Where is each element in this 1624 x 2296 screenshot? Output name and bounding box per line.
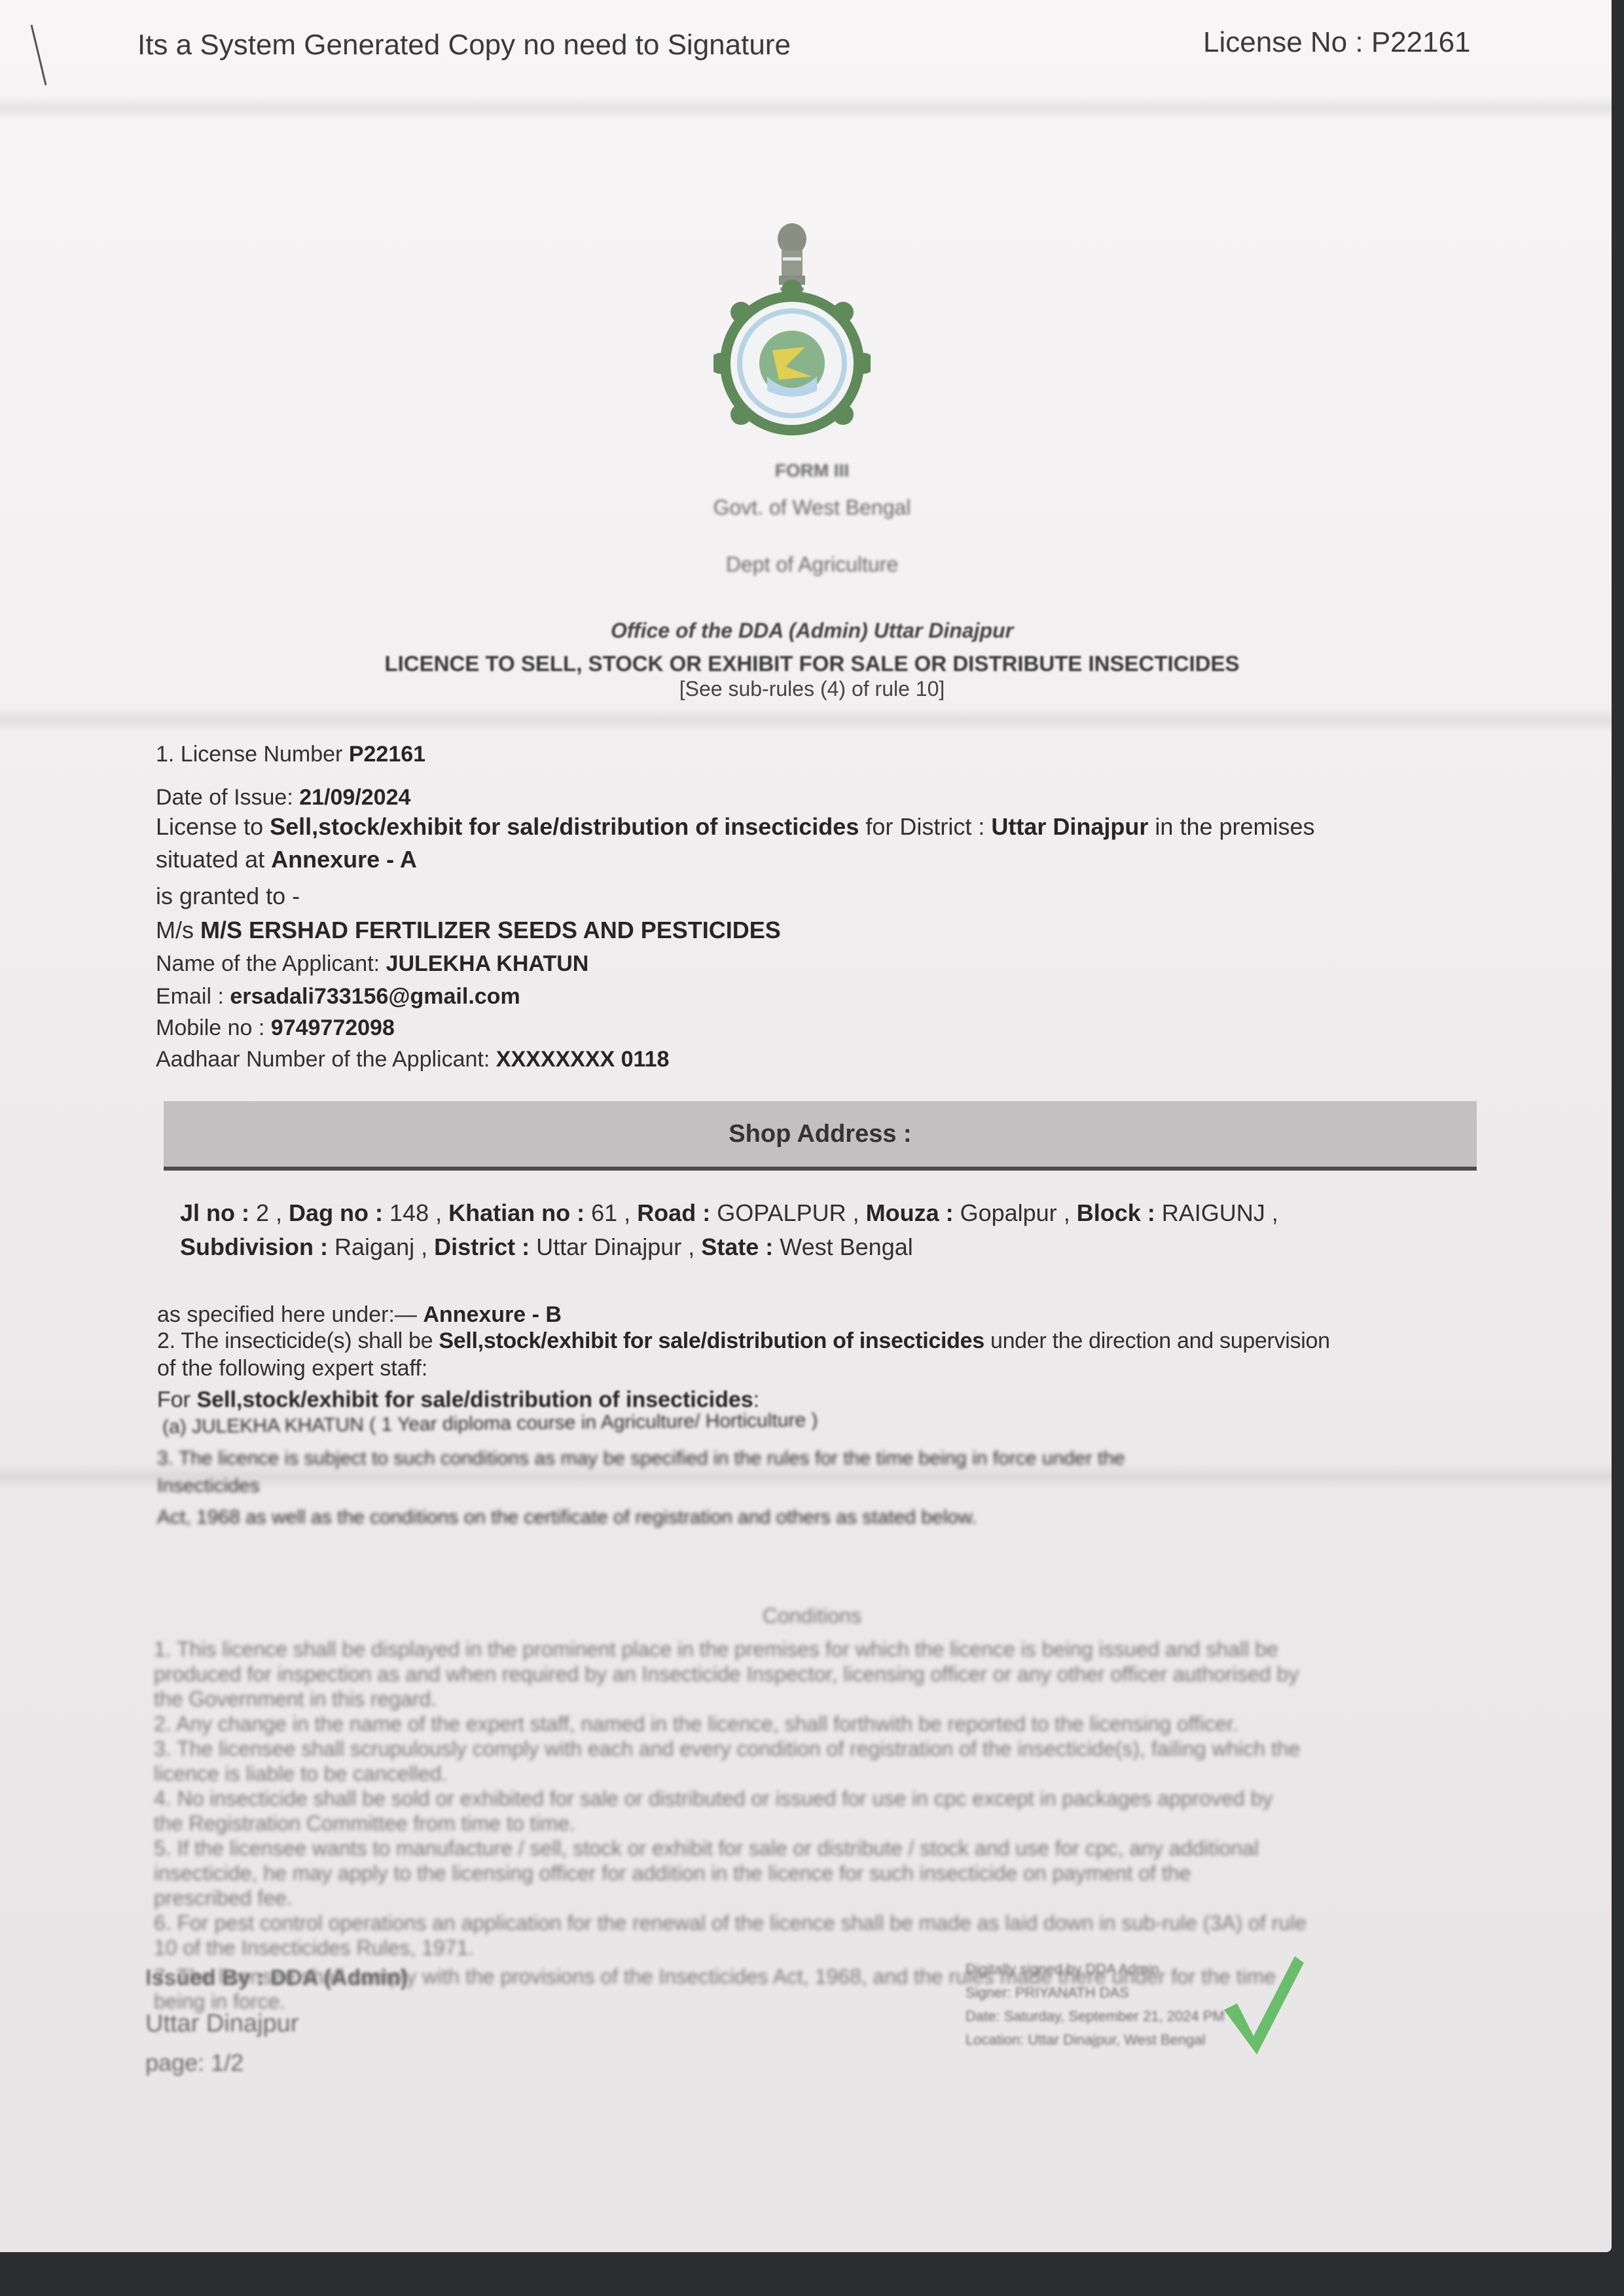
digital-signature-block: Digitally signed by DDA Admin Signer: PR…	[965, 1958, 1225, 2052]
annexure-b: Annexure - B	[423, 1302, 562, 1327]
form-number: FORM III	[0, 460, 1624, 481]
address-field-label: Subdivision :	[180, 1233, 334, 1260]
applicant-label: Name of the Applicant:	[156, 951, 380, 976]
for-district-label: for District :	[865, 813, 984, 840]
header-license-number: License No : P22161	[1203, 26, 1471, 59]
signature-location: Location: Uttar Dinajpur, West Bengal	[965, 2028, 1225, 2052]
licence-title: LICENCE TO SELL, STOCK OR EXHIBIT FOR SA…	[0, 651, 1624, 676]
condition-line: licence is liable to be cancelled.	[154, 1761, 1476, 1786]
footer-district: Uttar Dinajpur	[145, 2010, 298, 2038]
west-bengal-seal-icon	[713, 280, 871, 435]
rule-reference: [See sub-rules (4) of rule 10]	[0, 677, 1624, 701]
date-of-issue-line: Date of Issue: 21/09/2024	[156, 783, 410, 812]
shop-address-heading: Shop Address :	[164, 1101, 1477, 1171]
address-field-value: 2	[256, 1199, 269, 1226]
system-generated-note: Its a System Generated Copy no need to S…	[137, 29, 791, 62]
firm-line: M/s M/S ERSHAD FERTILIZER SEEDS AND PEST…	[156, 915, 781, 946]
item-3-line-3: Act, 1968 as well as the conditions on t…	[157, 1504, 977, 1530]
address-field-value: 61	[591, 1199, 617, 1226]
address-field-value: West Bengal	[780, 1233, 912, 1260]
condition-line: 3. The licensee shall scrupulously compl…	[154, 1736, 1476, 1761]
license-activity: Sell,stock/exhibit for sale/distribution…	[270, 813, 859, 840]
conditions-heading: Conditions	[0, 1604, 1624, 1628]
address-field-value: GOPALPUR	[717, 1199, 846, 1226]
shop-address-line-1: Jl no : 2 , Dag no : 148 , Khatian no : …	[180, 1198, 1278, 1229]
condition-line: 4. No insecticide shall be sold or exhib…	[154, 1786, 1476, 1811]
condition-line: the Registration Committee from time to …	[154, 1811, 1476, 1836]
address-field-label: Block :	[1077, 1199, 1162, 1226]
condition-line: 6. For pest control operations an applic…	[154, 1910, 1476, 1935]
aadhaar-label: Aadhaar Number of the Applicant:	[156, 1047, 490, 1072]
license-no-label: License No :	[1203, 26, 1363, 58]
condition-line: insecticide, he may apply to the licensi…	[154, 1861, 1476, 1886]
license-number-line: 1. License Number P22161	[156, 740, 425, 769]
signature-title: Digitally signed by DDA Admin	[965, 1958, 1225, 1981]
item-3-line-2: Insecticides	[157, 1473, 260, 1499]
as-specified-label: as specified here under:—	[157, 1302, 417, 1327]
paper-fold	[0, 707, 1612, 733]
situated-at-line: situated at Annexure - A	[156, 845, 417, 875]
aadhaar-line: Aadhaar Number of the Applicant: XXXXXXX…	[156, 1045, 669, 1074]
address-field-value: 148	[389, 1199, 429, 1226]
issued-by: Issued By : DDA (Admin)	[145, 1965, 408, 1991]
item-2-line: 2. The insecticide(s) shall be Sell,stoc…	[157, 1326, 1330, 1355]
address-field-label: Jl no :	[180, 1199, 256, 1226]
address-field-value: Gopalpur	[960, 1199, 1057, 1226]
pen-mark-icon	[26, 20, 79, 98]
applicant-name: JULEKHA KHATUN	[386, 951, 589, 976]
condition-line: the Government in this regard.	[154, 1686, 1476, 1711]
firm-name: M/S ERSHAD FERTILIZER SEEDS AND PESTICID…	[200, 917, 781, 943]
shop-address-line-2: Subdivision : Raiganj , District : Uttar…	[180, 1232, 913, 1263]
condition-line: 5. If the licensee wants to manufacture …	[154, 1836, 1476, 1861]
govt-name: Govt. of West Bengal	[0, 496, 1624, 520]
office-name: Office of the DDA (Admin) Uttar Dinajpur	[0, 619, 1624, 643]
applicant-line: Name of the Applicant: JULEKHA KHATUN	[156, 949, 588, 978]
address-field-label: Khatian no :	[448, 1199, 591, 1226]
address-field-label: Road :	[637, 1199, 717, 1226]
mobile-line: Mobile no : 9749772098	[156, 1013, 395, 1042]
address-field-value: Raiganj	[334, 1233, 414, 1260]
condition-line: 1. This licence shall be displayed in th…	[154, 1637, 1476, 1662]
address-field-value: Uttar Dinajpur	[536, 1233, 681, 1260]
signature-date: Date: Saturday, September 21, 2024 PM	[965, 2005, 1225, 2028]
email-label: Email :	[156, 984, 224, 1009]
signer: Signer: PRIYANATH DAS	[965, 1981, 1225, 2005]
address-field-label: Mouza :	[866, 1199, 960, 1226]
date-of-issue-value: 21/09/2024	[299, 785, 410, 810]
mobile-value: 9749772098	[271, 1015, 395, 1040]
license-to-label: License to	[156, 813, 263, 840]
paper-fold	[0, 95, 1612, 121]
situated-at-label: situated at	[156, 846, 264, 873]
address-field-label: District :	[434, 1233, 536, 1260]
license-number-label: 1. License Number	[156, 742, 342, 767]
item-3-line-1: 3. The licence is subject to such condit…	[157, 1446, 1125, 1471]
condition-line: prescribed fee.	[154, 1886, 1476, 1910]
state-emblem-icon	[713, 219, 871, 435]
item-2-line-2: of the following expert staff:	[157, 1354, 427, 1383]
for-label: For	[157, 1387, 190, 1412]
situated-at-value: Annexure - A	[271, 846, 417, 873]
ms-label: M/s	[156, 917, 194, 943]
address-field-label: Dag no :	[289, 1199, 389, 1226]
premises-text: in the premises	[1155, 813, 1314, 840]
as-specified-line: as specified here under:— Annexure - B	[157, 1300, 562, 1329]
dept-name: Dept of Agriculture	[0, 553, 1624, 577]
date-of-issue-label: Date of Issue:	[156, 785, 293, 810]
signature-valid-check-icon	[1218, 1951, 1309, 2056]
license-no-value: P22161	[1371, 26, 1471, 58]
license-scope-line: License to Sell,stock/exhibit for sale/d…	[156, 812, 1315, 843]
mobile-label: Mobile no :	[156, 1015, 264, 1040]
conditions-list: 1. This licence shall be displayed in th…	[154, 1637, 1476, 1960]
item-2-prefix: 2. The insecticide(s) shall be	[157, 1328, 433, 1353]
email-line: Email : ersadali733156@gmail.com	[156, 982, 520, 1011]
aadhaar-value: XXXXXXXX 0118	[496, 1047, 670, 1072]
district-value: Uttar Dinajpur	[991, 813, 1148, 840]
address-field-label: State :	[701, 1233, 780, 1260]
item-2-activity: Sell,stock/exhibit for sale/distribution…	[439, 1328, 984, 1353]
license-number-value: P22161	[349, 742, 425, 767]
granted-to-line: is granted to -	[156, 881, 300, 912]
address-field-value: RAIGUNJ	[1162, 1199, 1265, 1226]
condition-line: produced for inspection as and when requ…	[154, 1662, 1476, 1686]
email-value: ersadali733156@gmail.com	[230, 984, 520, 1009]
item-2-suffix: under the direction and supervision	[990, 1328, 1330, 1353]
condition-line: 2. Any change in the name of the expert …	[154, 1711, 1476, 1736]
page-number: page: 1/2	[145, 2049, 244, 2077]
